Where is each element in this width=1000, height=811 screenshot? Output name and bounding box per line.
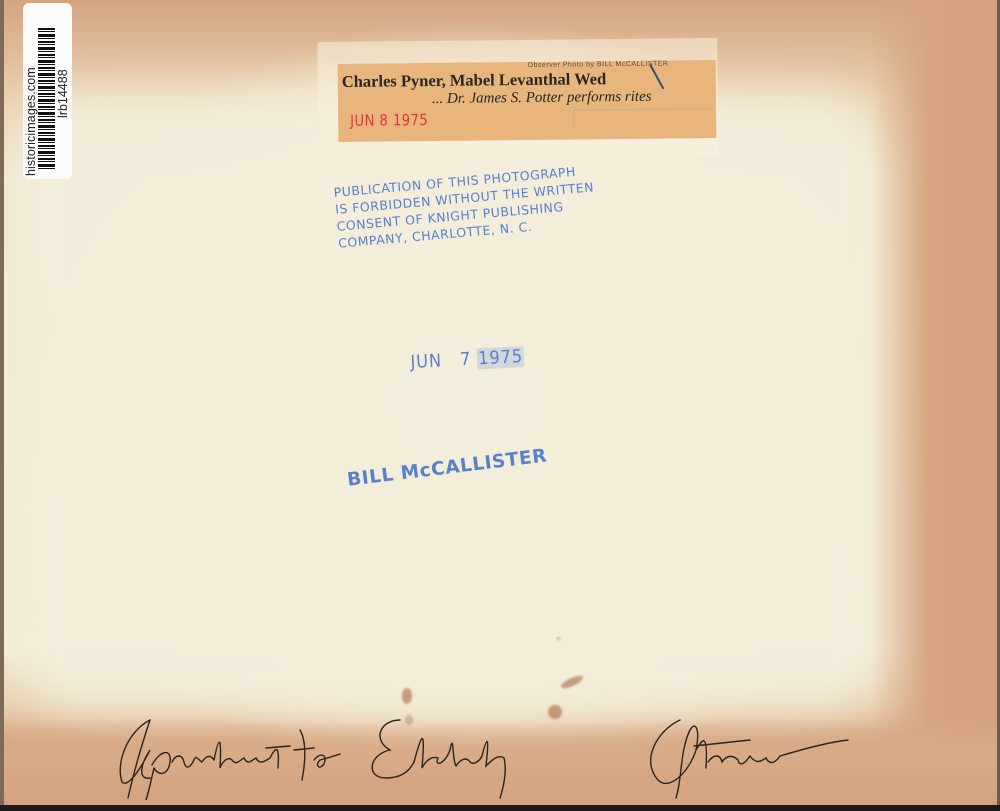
barcode-site-text: historicimages.com [24,6,38,176]
barcode-icon [38,28,55,170]
stain-spot [557,637,560,640]
received-date-month-day: JUN 7 [410,349,478,373]
left-scan-edge [0,0,4,811]
pen-check-mark [649,64,664,90]
clipping-date-stamp: JUN 8 1975 [350,111,428,130]
handwritten-caption: Apartment for Elderly Strawn [110,710,870,800]
newspaper-clipping: Observer Photo by BILL McCALLISTER Charl… [338,60,717,142]
clipping-box-line [573,108,714,128]
clipping-headline: Charles Pyner, Mabel Levanthal Wed [342,69,607,92]
bottom-scan-edge [0,805,1000,811]
stain-spot [402,688,412,704]
clipping-photo-credit: Observer Photo by BILL McCALLISTER [528,61,669,69]
right-discoloration [870,0,1000,811]
barcode-id-text: lrb14488 [56,69,70,118]
received-date-year: 1975 [477,346,525,369]
clipping-subheadline: ... Dr. James S. Potter performs rites [432,89,652,108]
